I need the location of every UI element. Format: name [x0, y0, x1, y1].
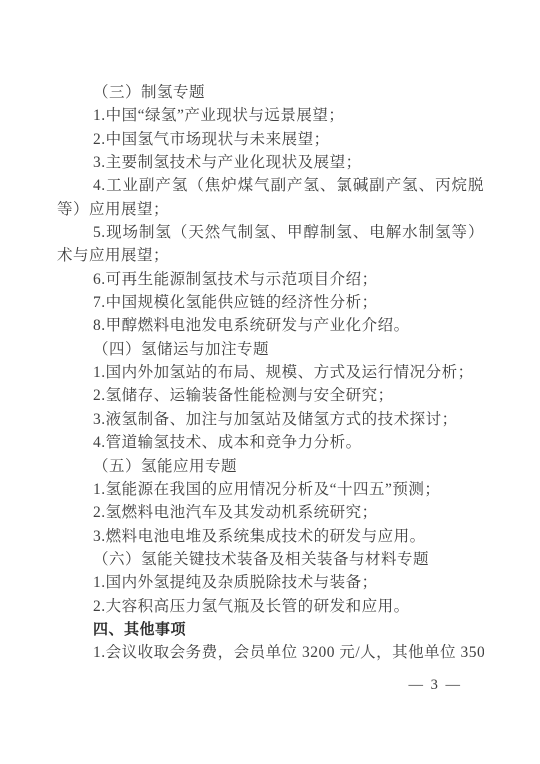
text-line: 1.国内外加氢站的布局、规模、方式及运行情况分析；	[57, 361, 484, 384]
page-number: — 3 —	[57, 675, 484, 695]
text-line: 1.氢能源在我国的应用情况分析及“十四五”预测；	[57, 478, 484, 501]
text-line: 8.甲醇燃料电池发电系统研发与产业化介绍。	[57, 314, 484, 337]
text-line: 1.国内外氢提纯及杂质脱除技术与装备；	[57, 571, 484, 594]
text-line: （四）氢储运与加注专题	[57, 338, 484, 361]
text-line: 3.燃料电池电堆及系统集成技术的研发与应用。	[57, 525, 484, 548]
text-line: 1.中国“绿氢”产业现状与远景展望；	[57, 104, 484, 127]
text-line: 7.中国规模化氢能供应链的经济性分析；	[57, 291, 484, 314]
text-line: 4.管道输氢技术、成本和竞争力分析。	[57, 431, 484, 454]
text-line: 3.主要制氢技术与产业化现状及展望；	[57, 151, 484, 174]
text-line: 3.液氢制备、加注与加氢站及储氢方式的技术探讨；	[57, 408, 484, 431]
text-line: 2.大容积高压力氢气瓶及长管的研发和应用。	[57, 595, 484, 618]
text-line: 6.可再生能源制氢技术与示范项目介绍；	[57, 268, 484, 291]
text-line: （五）氢能应用专题	[57, 455, 484, 478]
text-line: （三）制氢专题	[57, 81, 484, 104]
document-page: （三）制氢专题1.中国“绿氢”产业现状与远景展望；2.中国氢气市场现状与未来展望…	[0, 0, 540, 764]
text-line: 术与应用展望；	[57, 244, 484, 267]
text-line: 四、其他事项	[57, 618, 484, 641]
text-line: 5.现场制氢（天然气制氢、甲醇制氢、电解水制氢等）技	[57, 221, 484, 244]
text-line: 2.中国氢气市场现状与未来展望；	[57, 128, 484, 151]
text-line: 2.氢燃料电池汽车及其发动机系统研究；	[57, 501, 484, 524]
document-body: （三）制氢专题1.中国“绿氢”产业现状与远景展望；2.中国氢气市场现状与未来展望…	[57, 81, 484, 665]
text-line: （六）氢能关键技术装备及相关装备与材料专题	[57, 548, 484, 571]
text-line: 等）应用展望；	[57, 198, 484, 221]
text-line: 1.会议收取会务费，会员单位 3200 元/人，其他单位 3500	[57, 641, 484, 664]
text-line: 4.工业副产氢（焦炉煤气副产氢、氯碱副产氢、丙烷脱氢	[57, 174, 484, 197]
text-line: 2.氢储存、运输装备性能检测与安全研究；	[57, 384, 484, 407]
